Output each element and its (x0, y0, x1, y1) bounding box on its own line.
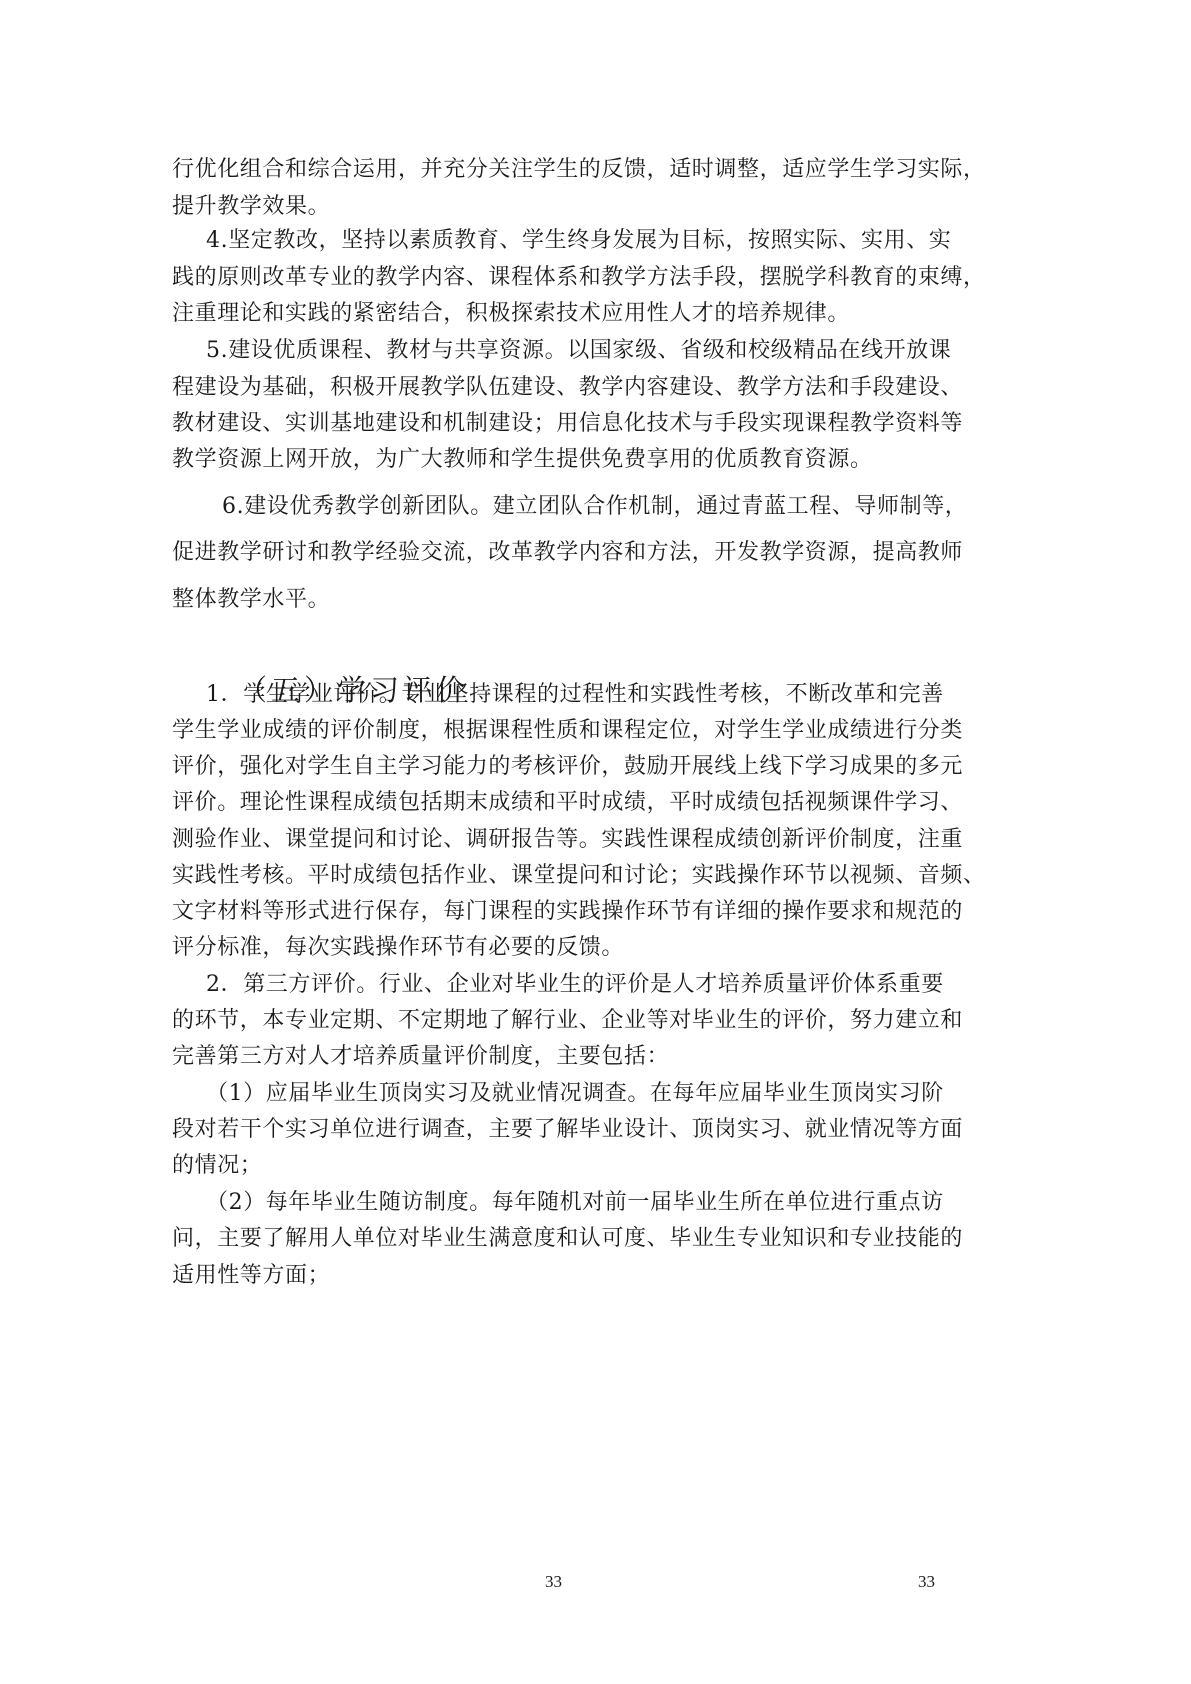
text-line: 评价，强化对学生自主学习能力的考核评价，鼓励开展线上线下学习成果的多元 (172, 752, 942, 782)
page-number-center: 33 (545, 1572, 562, 1592)
document-page: （五）学习评价 行优化组合和综合运用，并充分关注学生的反馈，适时调整，适应学生学… (0, 0, 1191, 1684)
text-line: 测验作业、课堂提问和讨论、调研报告等。实践性课程成绩创新评价制度，注重 (172, 825, 942, 855)
text-line: 适用性等方面； (172, 1261, 942, 1291)
text-line: （1）应届毕业生顶岗实习及就业情况调查。在每年应届毕业生顶岗实习阶 (206, 1079, 942, 1109)
text-line: 1．学生学业评价。专业坚持课程的过程性和实践性考核，不断改革和完善 (206, 680, 942, 710)
text-line: 行优化组合和综合运用，并充分关注学生的反馈，适时调整，适应学生学习实际， (172, 155, 942, 185)
text-line: 评分标准，每次实践操作环节有必要的反馈。 (172, 933, 942, 963)
text-line: 问，主要了解用人单位对毕业生满意度和认可度、毕业生专业知识和专业技能的 (172, 1224, 942, 1254)
text-line: 教学资源上网开放，为广大教师和学生提供免费享用的优质教育资源。 (172, 445, 942, 475)
text-line: （2）每年毕业生随访制度。每年随机对前一届毕业生所在单位进行重点访 (206, 1188, 942, 1218)
text-line: 段对若干个实习单位进行调查，主要了解毕业设计、顶岗实习、就业情况等方面 (172, 1115, 942, 1145)
text-line: 提升教学效果。 (172, 192, 942, 222)
page-number-right: 33 (918, 1572, 935, 1592)
text-line: 实践性考核。平时成绩包括作业、课堂提问和讨论；实践操作环节以视频、音频、 (172, 861, 942, 891)
text-line: 的环节，本专业定期、不定期地了解行业、企业等对毕业生的评价，努力建立和 (172, 1006, 942, 1036)
text-line: 注重理论和实践的紧密结合，积极探索技术应用性人才的培养规律。 (172, 299, 942, 329)
text-line: 评价。理论性课程成绩包括期末成绩和平时成绩，平时成绩包括视频课件学习、 (172, 788, 942, 818)
text-line: 完善第三方对人才培养质量评价制度，主要包括： (172, 1042, 942, 1072)
text-line: 2．第三方评价。行业、企业对毕业生的评价是人才培养质量评价体系重要 (206, 970, 942, 1000)
text-line: 学生学业成绩的评价制度，根据课程性质和课程定位，对学生学业成绩进行分类 (172, 716, 942, 746)
text-line: 整体教学水平。 (172, 585, 942, 615)
text-line: 教材建设、实训基地建设和机制建设；用信息化技术与手段实现课程教学资料等 (172, 409, 942, 439)
text-line: 5.建设优质课程、教材与共享资源。以国家级、省级和校级精品在线开放课 (206, 336, 942, 366)
text-line: 促进教学研讨和教学经验交流，改革教学内容和方法，开发教学资源，提高教师 (172, 538, 942, 568)
text-line: 4.坚定教改，坚持以素质教育、学生终身发展为目标，按照实际、实用、实 (206, 226, 942, 256)
text-line: 践的原则改革专业的教学内容、课程体系和教学方法手段，摆脱学科教育的束缚， (172, 263, 942, 293)
text-line: 文字材料等形式进行保存，每门课程的实践操作环节有详细的操作要求和规范的 (172, 897, 942, 927)
text-line: 的情况； (172, 1151, 942, 1181)
text-line: 程建设为基础，积极开展教学队伍建设、教学内容建设、教学方法和手段建设、 (172, 373, 942, 403)
text-line: 6.建设优秀教学创新团队。建立团队合作机制，通过青蓝工程、导师制等， (222, 492, 942, 522)
